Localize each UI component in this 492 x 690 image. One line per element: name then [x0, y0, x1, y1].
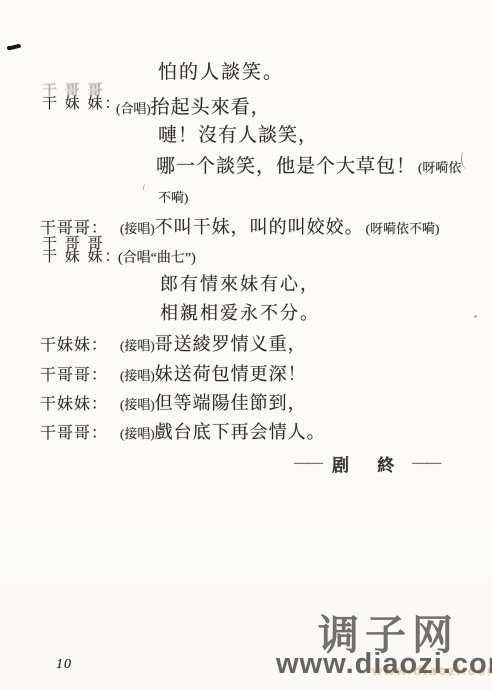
watermark-site-url: www.diaozi.com	[276, 648, 492, 681]
speaker-label: 干 哥 哥	[42, 85, 122, 98]
lyric-text: 戲台底下再会情人。	[155, 418, 326, 444]
stage-direction: (呀嗬依不嗬)	[366, 218, 440, 237]
dialogue-line: (合唱)抬起头來看，	[116, 92, 271, 119]
lyric-line: 哪一个談笑，他是个大草包！(呀嗬依	[156, 151, 461, 178]
stage-direction: (合唱)	[116, 98, 151, 117]
speaker-group: 干 哥 哥 干 妹 妹：	[42, 85, 122, 111]
pen-mark-blob	[7, 46, 11, 50]
stage-direction: (接唱)	[120, 335, 155, 354]
speaker-label: 干哥哥：	[40, 420, 120, 443]
lyric-text: 不叫干妹，叫的叫姣姣。	[155, 213, 364, 239]
speaker-label: 干妹妹：	[40, 391, 120, 414]
lyric-line: 郎有情來妹有心，	[160, 270, 320, 296]
speaker-group: 干 哥 哥 干 妹 妹：	[42, 238, 122, 264]
dialogue-line: 干妹妹：(接唱)但等端陽佳節到，	[40, 389, 307, 415]
stage-direction: (接唱)	[120, 423, 155, 442]
speaker-label: 干妹妹：	[40, 332, 120, 355]
lyric-line: 怕的人談笑。	[158, 57, 284, 84]
ink-mark	[460, 151, 470, 170]
end-label: 剧 終	[332, 451, 406, 476]
scanned-script-page: 怕的人談笑。 干 哥 哥 干 妹 妹： (合唱)抬起头來看， 嗹！沒有人談笑， …	[0, 0, 492, 690]
stage-direction: (呀嗬依	[418, 160, 461, 175]
stage-direction: (接唱)	[120, 365, 155, 384]
dash: ——	[412, 455, 440, 472]
speaker-label: 干 妹 妹：	[42, 98, 122, 111]
speaker-label: 干哥哥：	[40, 362, 120, 385]
lyric-text: 哥送綾罗情义重，	[155, 330, 307, 356]
stage-direction: (接唱)	[120, 394, 155, 413]
lyric-text: 妹送荷包情更深！	[155, 360, 307, 386]
speaker-label: 干哥哥：	[40, 215, 120, 238]
dialogue-line: 干妹妹：(接唱)哥送綾罗情义重，	[40, 330, 307, 356]
dialogue-line: 干哥哥：(接唱)妹送荷包情更深！	[40, 360, 307, 386]
lyric-text: 抬起头來看，	[151, 92, 271, 119]
dash: ——	[294, 455, 322, 472]
stage-direction-continuation: 不嗬)	[158, 187, 188, 206]
dialogue-line: 干哥哥：(接唱)戲台底下再会情人。	[40, 418, 326, 444]
end-of-play-marker: —— 剧 終 ——	[294, 451, 440, 476]
stage-direction: (接唱)	[120, 218, 155, 237]
lyric-line: 嗹！沒有人談笑，	[158, 120, 318, 147]
lyric-text: 但等端陽佳節到，	[155, 389, 307, 415]
page-number: 10	[56, 657, 72, 673]
stage-direction: (合唱“曲七”)	[118, 247, 196, 267]
scan-speck	[142, 184, 147, 192]
scan-speck	[474, 315, 477, 318]
speaker-label: 干 妹 妹：	[42, 251, 122, 264]
lyric-line: 相親相爱永不分。	[160, 299, 320, 325]
lyric-text: 哪一个談笑，他是个大草包！	[156, 156, 416, 177]
